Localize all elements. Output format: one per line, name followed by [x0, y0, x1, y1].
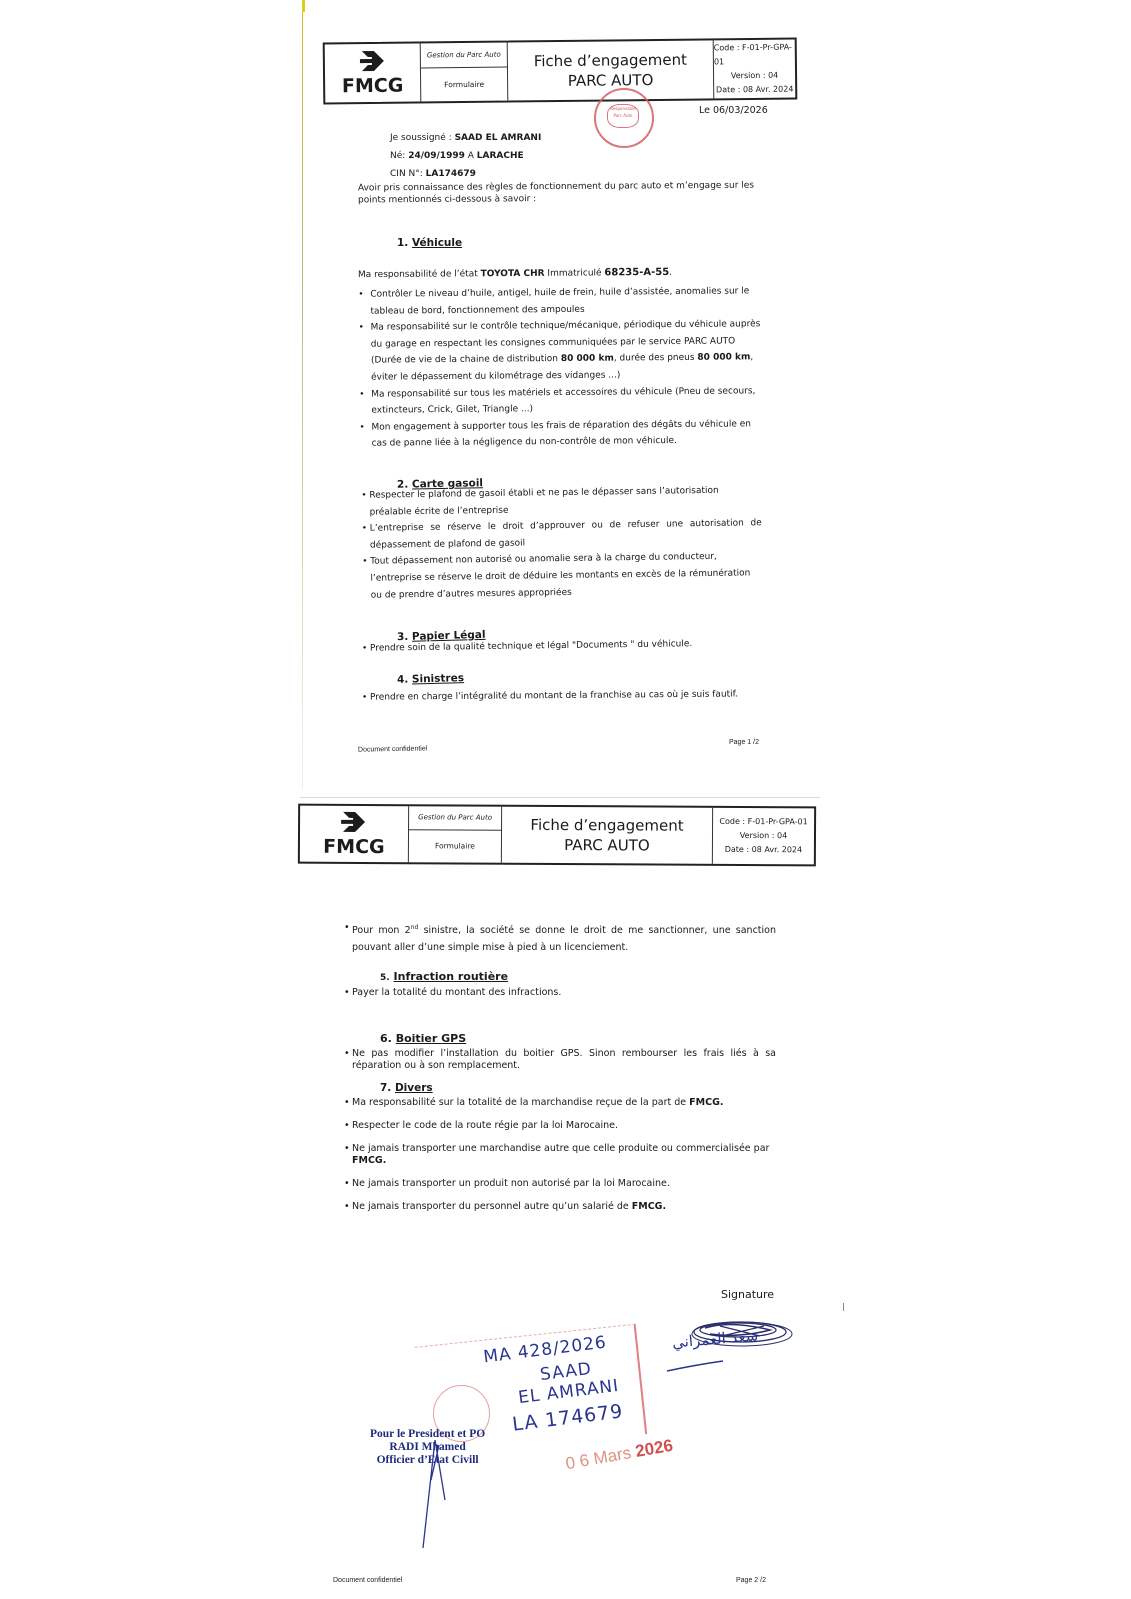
declarant-name-line: Je soussigné : SAAD EL AMRANI — [390, 130, 541, 147]
scan-edge — [302, 0, 303, 790]
page-separator — [300, 797, 820, 798]
list-item: Ma responsabilité sur le contrôle techni… — [356, 316, 765, 386]
list-item: Ne jamais transporter du personnel autre… — [344, 1201, 776, 1213]
department: Gestion du Parc Auto — [409, 806, 501, 830]
section-title: Divers — [395, 1082, 433, 1094]
section-title: Véhicule — [412, 237, 462, 249]
list-item: Prendre en charge l’intégralité du monta… — [362, 686, 762, 706]
list-item: Ne jamais transporter un produit non aut… — [344, 1178, 776, 1190]
section-number: 7. — [380, 1082, 391, 1094]
list-item: Ne pas modifier l’installation du boitie… — [344, 1048, 776, 1072]
doc-version: Version : 04 — [740, 829, 787, 843]
meta-cell: Gestion du Parc Auto Formulaire — [409, 806, 502, 862]
section-heading-6: 6. Boitier GPS — [380, 1032, 466, 1045]
birth-date: 24/09/1999 — [408, 151, 465, 161]
date-line: Le 06/03/2026 — [699, 103, 768, 120]
list-item: Respecter le code de la route régie par … — [344, 1120, 776, 1132]
name-label: Je soussigné : — [390, 133, 452, 143]
birth-place-prefix: A — [468, 151, 474, 161]
section-6-list: Ne pas modifier l’installation du boitie… — [344, 1048, 776, 1072]
cin-label: CIN N°: — [390, 169, 423, 179]
list-item: L’entreprise se réserve le droit d’appro… — [362, 515, 762, 554]
round-stamp: Responsable Parc Auto — [594, 88, 654, 148]
page2-header: FMCG Gestion du Parc Auto Formulaire Fic… — [298, 804, 816, 867]
signature-label: Signature — [721, 1288, 774, 1301]
company-logo: FMCG — [325, 43, 422, 102]
lead-mid: Immatriculé — [547, 268, 601, 278]
section-heading-1: 1. Véhicule — [397, 237, 462, 249]
section-heading-4: 4. Sinistres — [397, 672, 464, 686]
section-heading-7: 7. Divers — [380, 1082, 433, 1094]
doc-date: Date : 08 Avr. 2024 — [725, 843, 802, 857]
arrow-right-hexagon-icon — [359, 49, 385, 73]
page2-footer-left: Document confidentiel — [333, 1577, 402, 1584]
list-item: Respecter le plafond de gasoil établi et… — [361, 482, 761, 521]
list-item: Contrôler Le niveau d’huile, antigel, hu… — [355, 283, 763, 320]
logo-text: FMCG — [342, 75, 404, 98]
scan-mark — [843, 1303, 844, 1311]
doc-version: Version : 04 — [731, 69, 779, 83]
vehicle-lead: Ma responsabilité de l’état TOYOTA CHR I… — [358, 265, 672, 284]
section-number: 6. — [380, 1032, 392, 1045]
born-label: Né: — [390, 151, 405, 161]
doc-type: Formulaire — [409, 830, 501, 863]
section-title: Infraction routière — [394, 970, 509, 983]
page1-footer-right: Page 1 /2 — [729, 739, 759, 746]
section-1-list: Contrôler Le niveau d’huile, antigel, hu… — [355, 283, 764, 452]
doc-code: Code : F-01-Pr-GPA-01 — [719, 815, 807, 829]
lead-suffix: . — [669, 268, 672, 278]
page1-footer-left: Document confidentiel — [358, 745, 427, 753]
department: Gestion du Parc Auto — [421, 43, 507, 69]
declarant-cin-line: CIN N°: LA174679 — [390, 166, 476, 183]
section-title: Boitier GPS — [396, 1032, 466, 1045]
birth-place: LARACHE — [477, 151, 524, 161]
doc-code-cell: Code : F-01-Pr-GPA-01 Version : 04 Date … — [713, 808, 814, 865]
vehicle-model: TOYOTA CHR — [481, 269, 545, 279]
section-4-list-page2: Pour mon 2nd sinistre, la société se don… — [344, 920, 776, 956]
page1-header: FMCG Gestion du Parc Auto Formulaire Fic… — [323, 38, 798, 105]
logo-text: FMCG — [323, 836, 385, 858]
list-item: Pour mon 2nd sinistre, la société se don… — [344, 920, 776, 956]
section-5-list: Payer la totalité du montant des infract… — [344, 985, 776, 1002]
doc-code-cell: Code : F-01-Pr-GPA-01 Version : 04 Date … — [714, 40, 796, 99]
title-line-2: PARC AUTO — [568, 70, 654, 91]
list-item: Ne jamais transporter une marchandise au… — [344, 1143, 776, 1167]
section-number: 1. — [397, 237, 408, 249]
list-item: Ma responsabilité sur la totalité de la … — [344, 1097, 776, 1109]
page2-footer-right: Page 2 /2 — [736, 1577, 766, 1584]
list-item: Payer la totalité du montant des infract… — [344, 985, 776, 1002]
section-4-list-page1: Prendre en charge l’intégralité du monta… — [362, 686, 762, 706]
vehicle-plate: 68235-A-55 — [604, 267, 669, 278]
lead-prefix: Ma responsabilité de l’état — [358, 269, 478, 280]
meta-cell: Gestion du Parc Auto Formulaire — [421, 43, 509, 102]
section-number: 4. — [397, 674, 409, 686]
list-item: Tout dépassement non autorisé ou anomali… — [362, 549, 763, 604]
title-line-1: Fiche d’engagement — [530, 815, 683, 836]
section-heading-5: 5. Infraction routière — [380, 970, 508, 983]
company-logo: FMCG — [300, 806, 409, 863]
legalization-date-stamp: 0 6 Mars 2026 — [564, 1436, 675, 1475]
signature-underline — [665, 1355, 725, 1375]
doc-type: Formulaire — [421, 67, 507, 101]
title-line-1: Fiche d’engagement — [534, 50, 687, 72]
title-line-2: PARC AUTO — [564, 835, 650, 855]
section-7-list: Ma responsabilité sur la totalité de la … — [344, 1097, 776, 1213]
scan-edge-tab — [302, 0, 305, 12]
list-item: Mon engagement à supporter tous les frai… — [356, 416, 764, 453]
declarant-name: SAAD EL AMRANI — [455, 133, 542, 143]
cin-number: LA174679 — [426, 169, 476, 179]
round-stamp-text: Responsable Parc Auto — [607, 104, 639, 128]
arrow-right-hexagon-icon — [341, 810, 367, 834]
stamp-year: 2026 — [634, 1436, 675, 1461]
officer-signature-stroke — [415, 1440, 455, 1550]
declarant-birth-line: Né: 24/09/1999 A LARACHE — [390, 148, 524, 165]
section-2-list: Respecter le plafond de gasoil établi et… — [361, 482, 763, 604]
doc-title: Fiche d’engagement PARC AUTO — [502, 807, 713, 864]
section-number: 5. — [380, 973, 390, 983]
doc-date: Date : 08 Avr. 2024 — [716, 83, 794, 98]
preamble: Avoir pris connaissance des règles de fo… — [358, 180, 763, 207]
doc-code: Code : F-01-Pr-GPA-01 — [714, 41, 795, 70]
section-title: Sinistres — [412, 672, 464, 685]
stamp-date: 0 6 Mars — [564, 1443, 632, 1473]
list-item: Ma responsabilité sur tous les matériels… — [356, 383, 764, 420]
